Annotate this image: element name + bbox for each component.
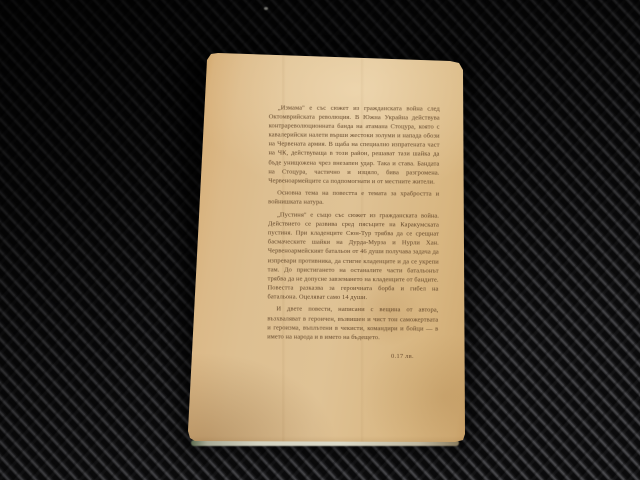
annotation-paragraph-2: Основна тема на повестта е темата за хра… (268, 189, 439, 208)
back-cover-annotation-text: „Измама" е със сюжет из гражданската вой… (267, 103, 440, 346)
book-back-cover: „Измама" е със сюжет из гражданската вой… (186, 50, 467, 444)
annotation-paragraph-4: И двете повести, написани с вещина от ав… (267, 305, 438, 343)
annotation-paragraph-1: „Измама" е със сюжет из гражданската вой… (268, 103, 440, 186)
photo-of-book-back-cover: „Измама" е със сюжет из гражданската вой… (0, 0, 640, 480)
annotation-paragraph-3: „Пустиня" е също със сюжет из гражданска… (267, 210, 439, 302)
price-label: 0.17 лв. (391, 353, 427, 360)
dust-speck (264, 7, 268, 10)
